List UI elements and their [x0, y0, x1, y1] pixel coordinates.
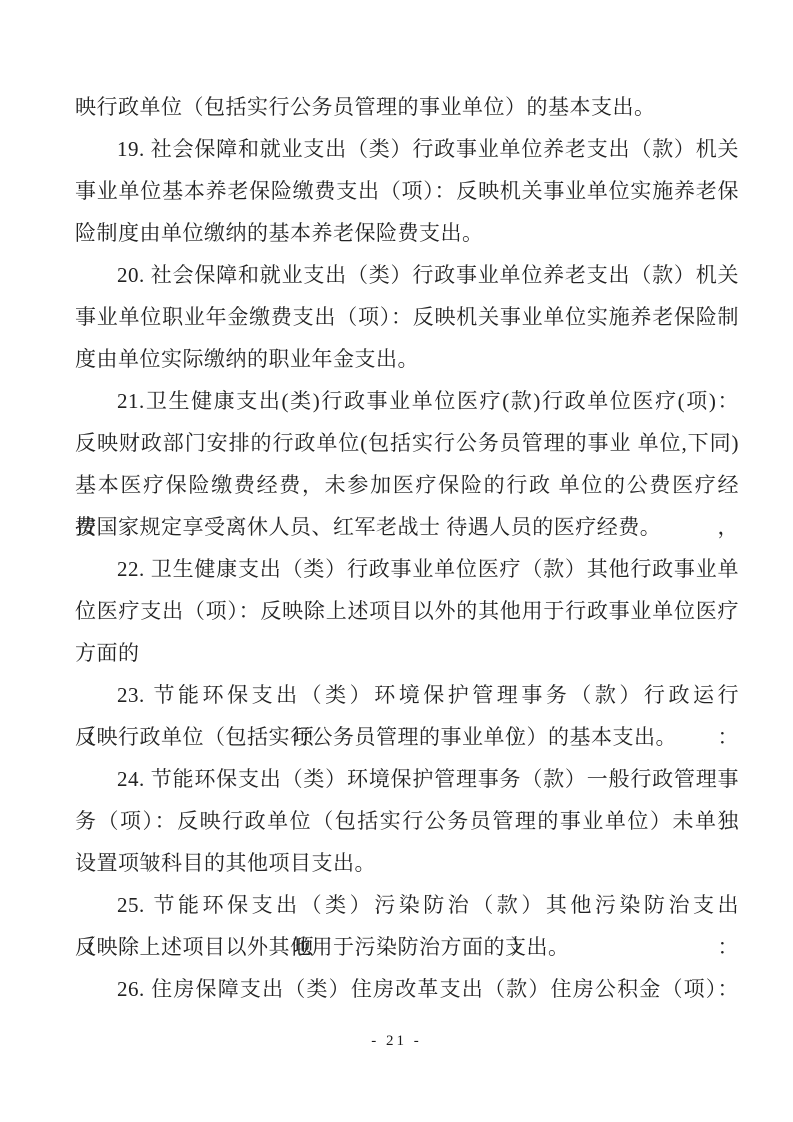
text-line: 26. 住房保障支出（类）住房改革支出（款）住房公积金（项）：	[75, 968, 739, 1010]
text-line: 设置项皱科目的其他项目支出。	[75, 842, 739, 884]
text-line: 方面的	[75, 632, 739, 674]
document-page: 映行政单位（包括实行公务员管理的事业单位）的基本支出。19. 社会保障和就业支出…	[0, 0, 793, 1122]
paragraph-25: 25. 节能环保支出（类）污染防治（款）其他污染防治支出（项）：反映除上述项目以…	[75, 884, 739, 968]
paragraph-22: 22. 卫生健康支出（类）行政事业单位医疗（款）其他行政事业单位医疗支出（项）：…	[75, 548, 739, 674]
text-line: 事业单位职业年金缴费支出（项）：反映机关事业单位实施养老保险制	[75, 296, 739, 338]
paragraph-21: 21.卫生健康支出(类)行政事业单位医疗(款)行政单位医疗(项)：反映财政部门安…	[75, 380, 739, 548]
page-number: - 21 -	[371, 1033, 422, 1049]
text-line: 务（项）：反映行政单位（包括实行公务员管理的事业单位）未单独	[75, 800, 739, 842]
paragraph-20: 20. 社会保障和就业支出（类）行政事业单位养老支出（款）机关事业单位职业年金缴…	[75, 254, 739, 380]
text-line: 25. 节能环保支出（类）污染防治（款）其他污染防治支出（项）：	[75, 884, 739, 926]
paragraph-23: 23. 节能环保支出（类）环境保护管理事务（款）行政运行（项）：反映行政单位（包…	[75, 674, 739, 758]
text-line: 映行政单位（包括实行公务员管理的事业单位）的基本支出。	[75, 86, 739, 128]
text-line: 反映财政部门安排的行政单位(包括实行公务员管理的事业 单位,下同)	[75, 422, 739, 464]
text-line: 度由单位实际缴纳的职业年金支出。	[75, 338, 739, 380]
text-line: 险制度由单位缴纳的基本养老保险费支出。	[75, 212, 739, 254]
text-line: 20. 社会保障和就业支出（类）行政事业单位养老支出（款）机关	[75, 254, 739, 296]
text-line: 基本医疗保险缴费经费，未参加医疗保险的行政 单位的公费医疗经费，	[75, 464, 739, 506]
text-line: 21.卫生健康支出(类)行政事业单位医疗(款)行政单位医疗(项)：	[75, 380, 739, 422]
text-line: 19. 社会保障和就业支出（类）行政事业单位养老支出（款）机关	[75, 128, 739, 170]
page-footer: - 21 -	[0, 1032, 793, 1050]
paragraph-19: 19. 社会保障和就业支出（类）行政事业单位养老支出（款）机关事业单位基本养老保…	[75, 128, 739, 254]
text-line: 24. 节能环保支出（类）环境保护管理事务（款）一般行政管理事	[75, 758, 739, 800]
text-line: 23. 节能环保支出（类）环境保护管理事务（款）行政运行（项）：	[75, 674, 739, 716]
paragraph-26: 26. 住房保障支出（类）住房改革支出（款）住房公积金（项）：	[75, 968, 739, 1010]
paragraph-24: 24. 节能环保支出（类）环境保护管理事务（款）一般行政管理事务（项）：反映行政…	[75, 758, 739, 884]
text-line: 位医疗支出（项）：反映除上述项目以外的其他用于行政事业单位医疗	[75, 590, 739, 632]
text-line: 22. 卫生健康支出（类）行政事业单位医疗（款）其他行政事业单	[75, 548, 739, 590]
text-line: 事业单位基本养老保险缴费支出（项）：反映机关事业单位实施养老保	[75, 170, 739, 212]
paragraph-18-continuation: 映行政单位（包括实行公务员管理的事业单位）的基本支出。	[75, 86, 739, 128]
text-line: 按国家规定享受离休人员、红军老战士 待遇人员的医疗经费。	[75, 506, 739, 548]
text-line: 反映行政单位（包括实行公务员管理的事业单位）的基本支出。	[75, 716, 739, 758]
text-content: 映行政单位（包括实行公务员管理的事业单位）的基本支出。19. 社会保障和就业支出…	[75, 86, 739, 1010]
